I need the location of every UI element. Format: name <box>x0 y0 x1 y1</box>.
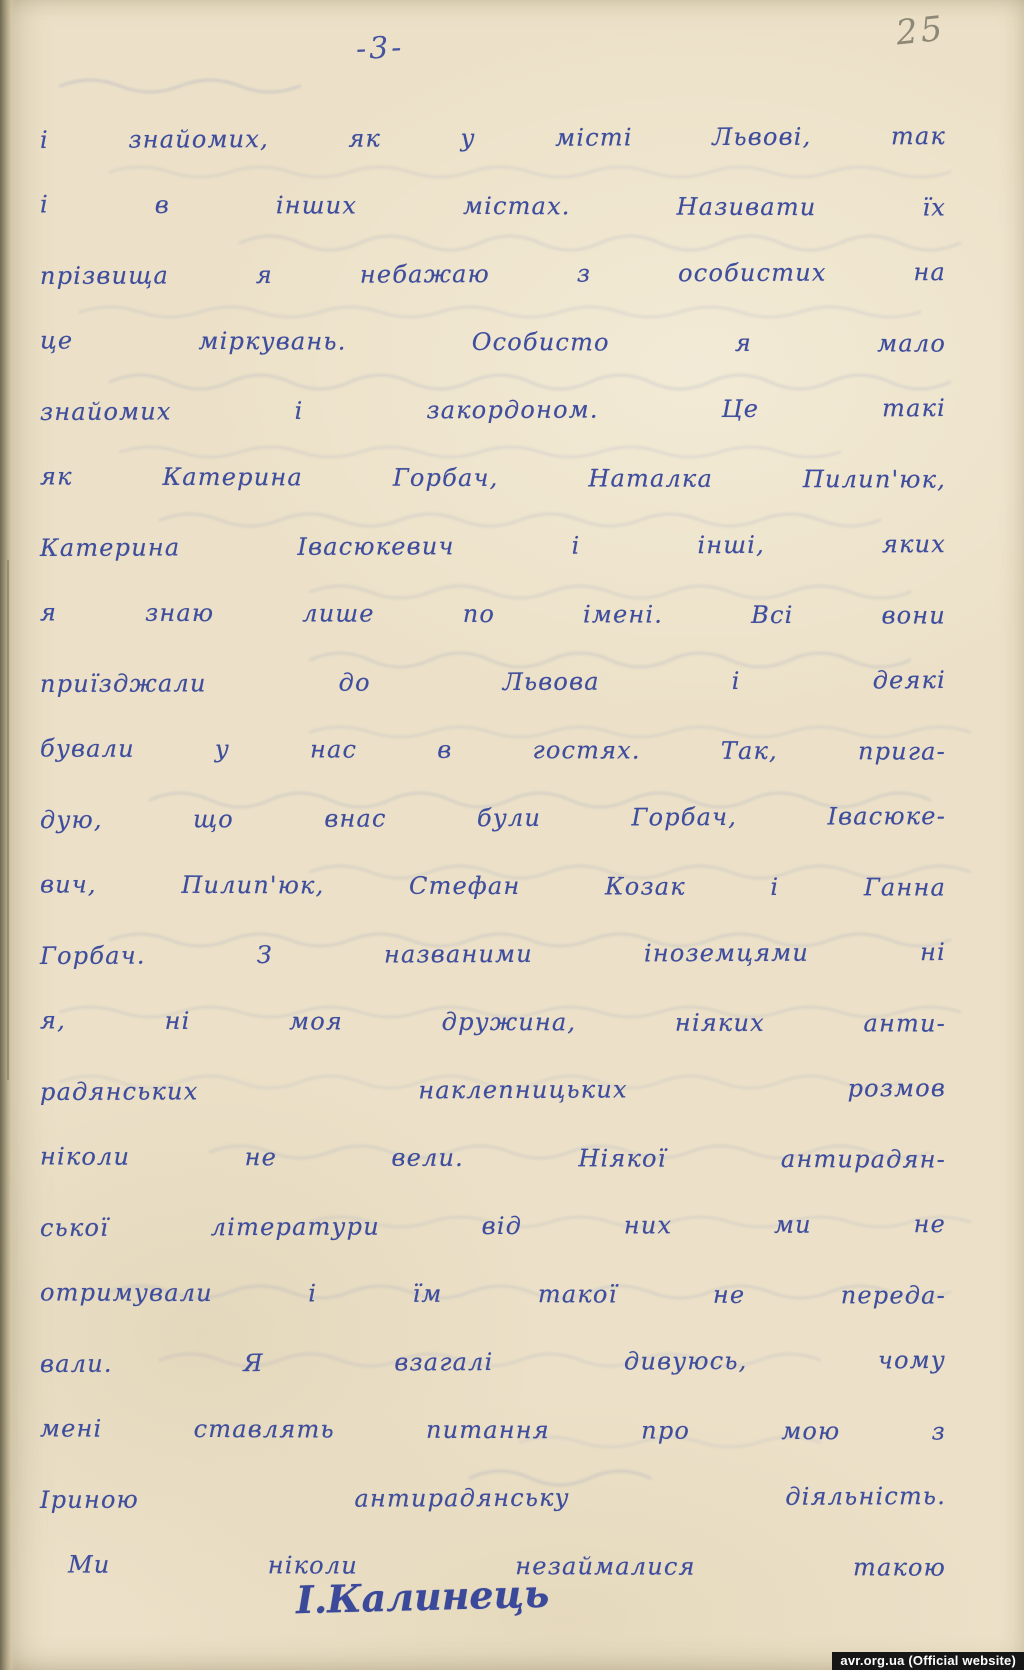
handwritten-line: і в інших містах. Називати їх <box>40 170 946 241</box>
scanned-document-page: -3- 25 і знайомих, як у місті Львові, та… <box>0 0 1024 1670</box>
handwritten-line: отримували і їм такої не переда- <box>40 1258 946 1329</box>
handwritten-line: і знайомих, як у місті Львові, так <box>40 102 946 174</box>
handwritten-line: бували у нас в гостях. Так, прига- <box>40 714 946 785</box>
handwritten-line: вич, Пилип'юк, Стефан Козак і Ганна <box>40 850 946 921</box>
page-number: -3- <box>355 33 404 65</box>
signature: І.Калинець <box>296 1575 550 1620</box>
handwritten-line: мені ставлять питання про мою з <box>40 1394 946 1465</box>
handwritten-line: я знаю лише по імені. Всі вони <box>40 578 946 649</box>
handwritten-line: Горбач. З названими іноземцями ні <box>40 918 946 990</box>
handwritten-line: радянських наклепницьких розмов <box>40 1054 946 1126</box>
handwritten-line: приїзджали до Львова і деякі <box>40 646 946 718</box>
handwritten-line: знайомих і закордоном. Це такі <box>40 374 946 446</box>
handwritten-line: це міркувань. Особисто я мало <box>40 306 946 377</box>
handwritten-text-block: і знайомих, як у місті Львові, такі в ін… <box>40 104 946 1600</box>
watermark-credit: avr.org.ua (Official website) <box>832 1652 1024 1670</box>
handwritten-line: ніколи не вели. Ніякої антирадян- <box>40 1122 946 1193</box>
handwritten-line: Катерина Івасюкевич і інші, яких <box>40 510 946 582</box>
handwritten-line: як Катерина Горбач, Наталка Пилип'юк, <box>40 442 946 513</box>
handwritten-line: вали. Я взагалі дивуюсь, чому <box>40 1326 946 1398</box>
archive-sheet-number: 25 <box>894 12 947 51</box>
handwritten-line: дую, що внас були Горбач, Івасюке- <box>40 782 946 854</box>
handwritten-line: я, ні моя дружина, ніяких анти- <box>40 986 946 1057</box>
handwritten-line: ської літератури від них ми не <box>40 1190 946 1262</box>
handwritten-line: прізвища я небажаю з особистих на <box>40 238 946 310</box>
handwritten-line: Іриною антирадянську діяльність. <box>40 1462 946 1534</box>
